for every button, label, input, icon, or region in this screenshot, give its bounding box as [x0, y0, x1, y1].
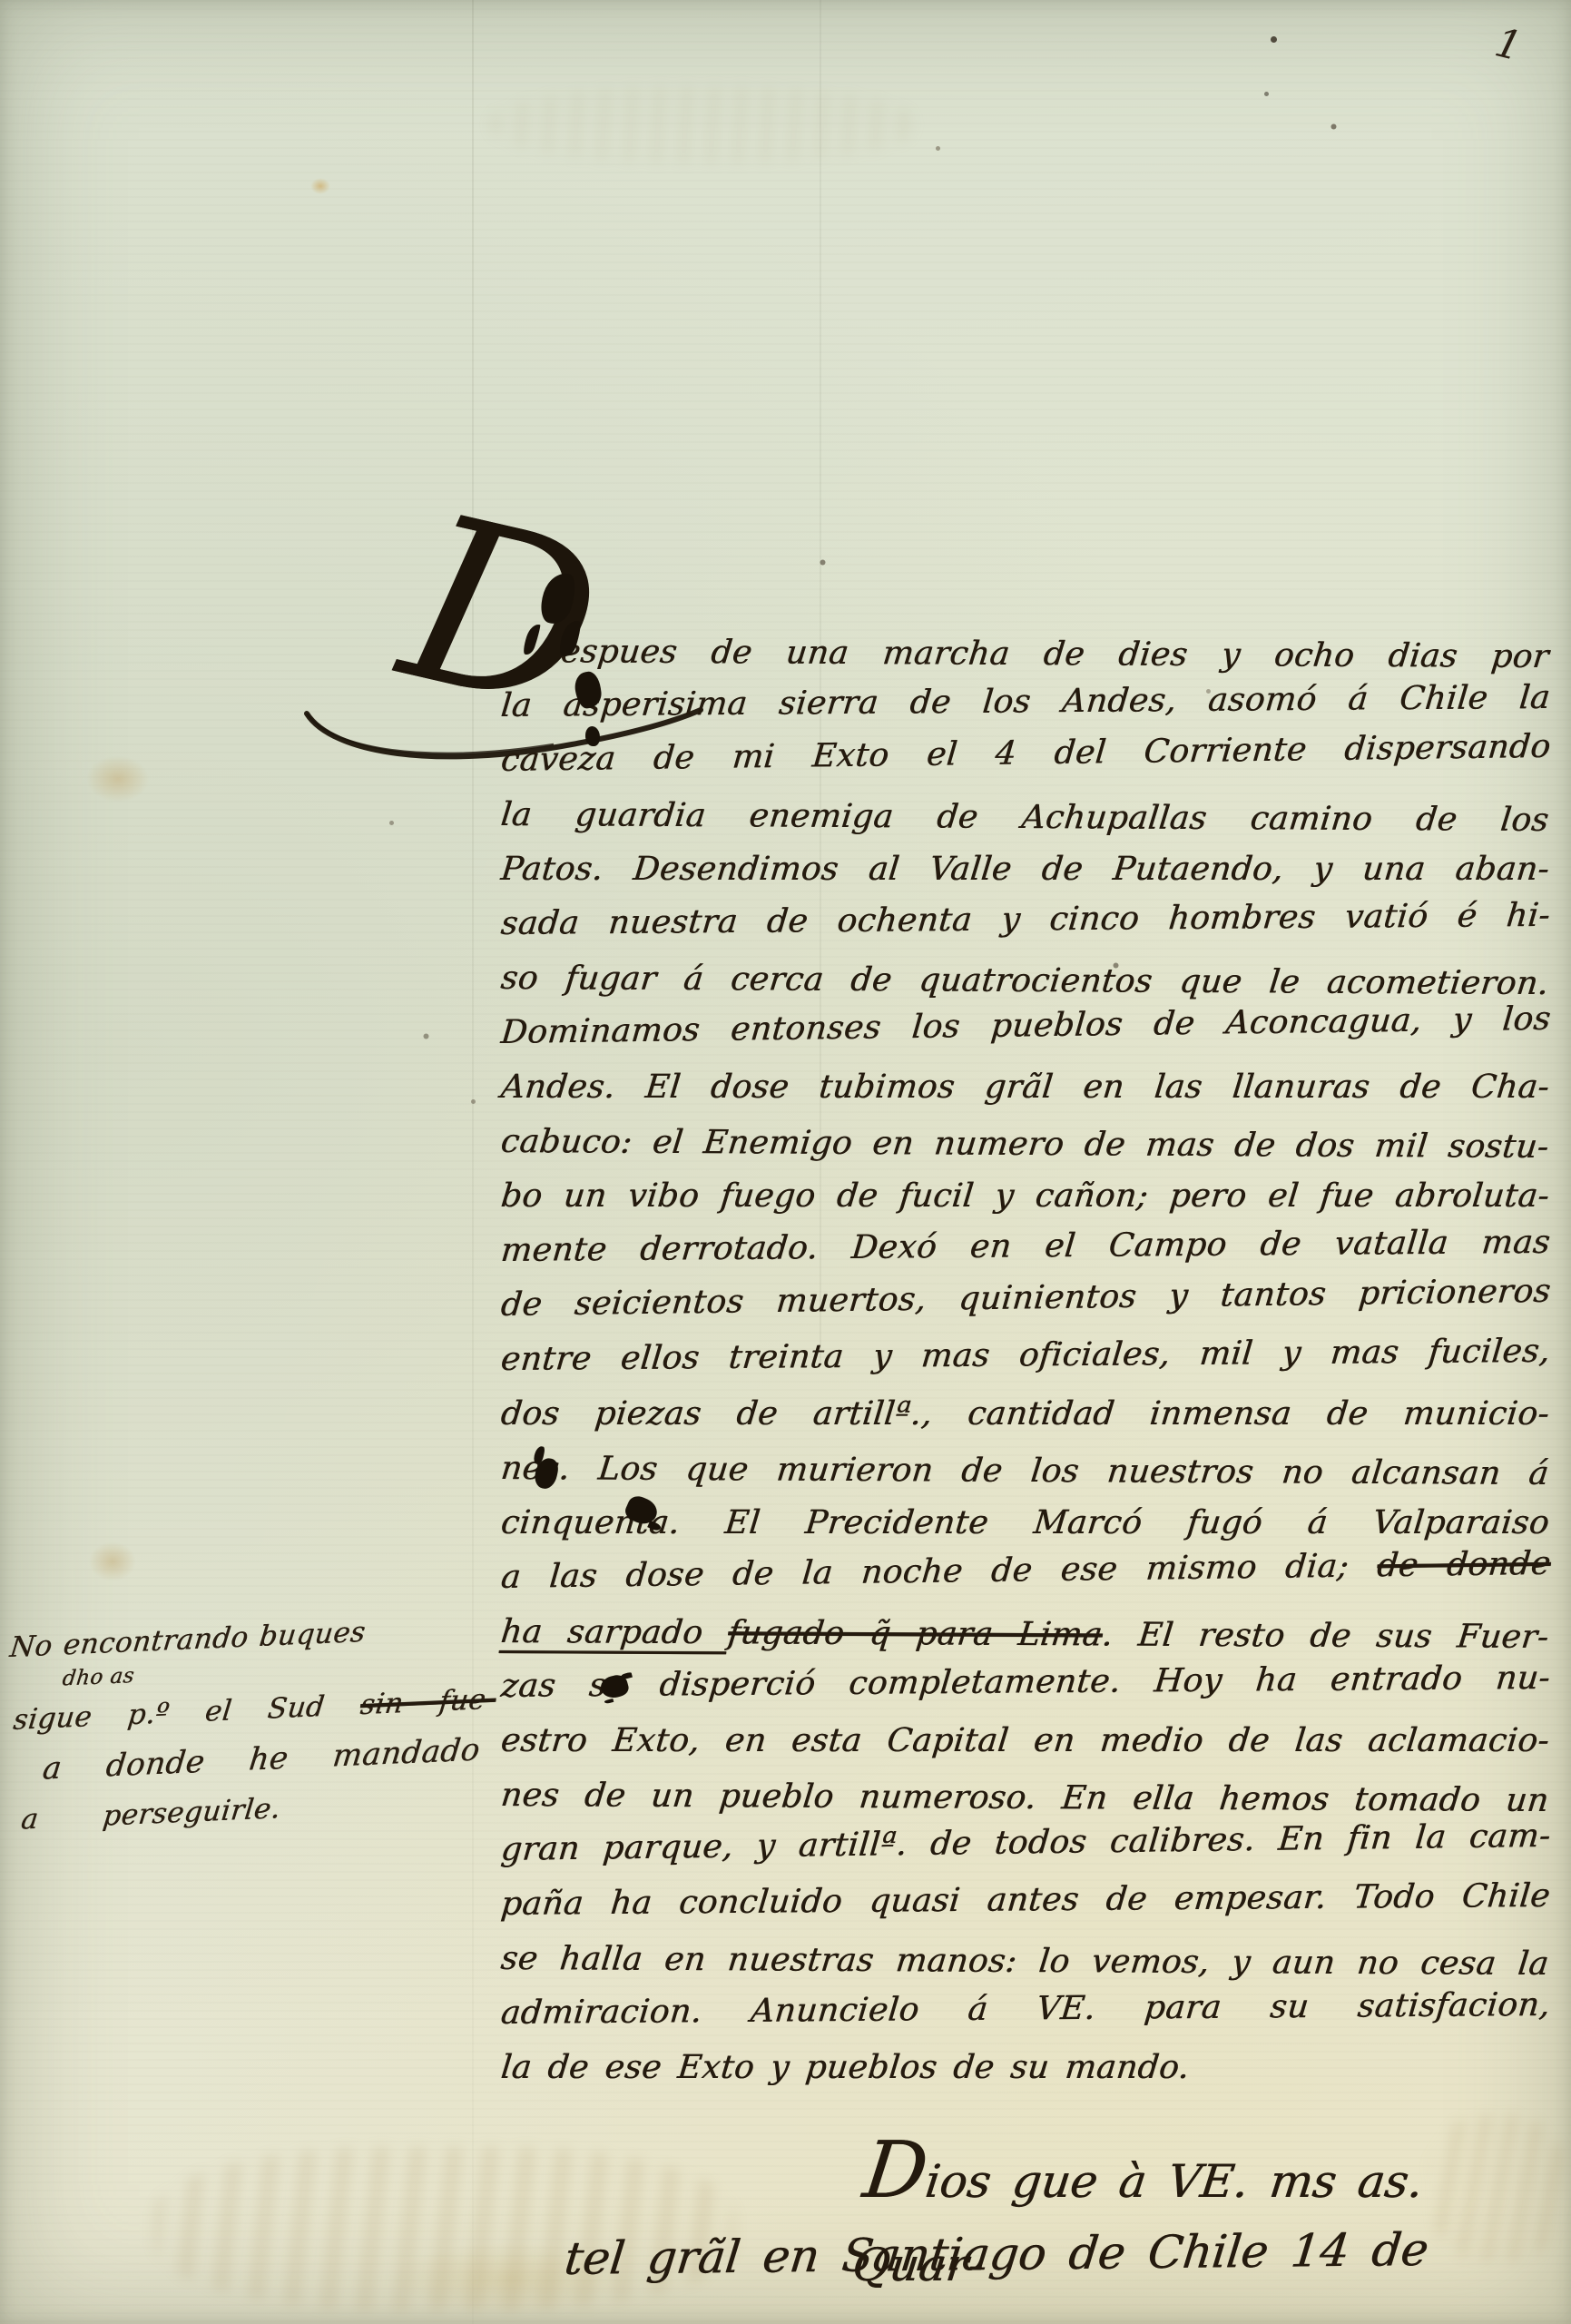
- text-line: tel grãl en Santiago de Chile 14 de: [560, 2208, 1433, 2305]
- text-segment: a las dose de la noche de ese mismo dia;: [499, 1547, 1379, 1596]
- text-segment: caveza de mi Exto el 4 del Corriente dis…: [499, 728, 1552, 779]
- text-segment: bo un vibo fuego de fucil y cañon; pero …: [499, 1177, 1551, 1215]
- text-line: la de ese Exto y pueblos de su mando.: [498, 2041, 1552, 2095]
- text-line: paña ha concluido quasi antes de empesar…: [498, 1869, 1553, 1932]
- text-segment: admiracion. Anuncielo á VE. para su sati…: [499, 1986, 1552, 2032]
- folio-number: 1: [1490, 19, 1527, 70]
- text-segment: Dominamos entonses los pueblos de Aconca…: [499, 1000, 1552, 1051]
- text-line: bo un vibo fuego de fucil y cañon; pero …: [498, 1169, 1552, 1224]
- text-segment-strike: fugado q̃ para Lima: [726, 1614, 1105, 1653]
- text-line: dos piezas de artillª., cantidad inmensa…: [498, 1387, 1552, 1442]
- letter-closing: Dios gue à VE. ms as. Quar-tel grãl en S…: [501, 2129, 1554, 2305]
- text-segment: a perseguirle.: [19, 1792, 282, 1837]
- text-segment: Patos. Desendimos al Valle de Putaendo, …: [499, 851, 1551, 888]
- text-line: Andes. El dose tubimos grãl en las llanu…: [498, 1060, 1552, 1115]
- text-segment: gran parque, y artillª. de todos calibre…: [499, 1817, 1552, 1868]
- text-segment: cinquenta. El Precidente Marcó fugó á Va…: [499, 1504, 1551, 1541]
- text-segment: dho as: [61, 1664, 135, 1691]
- paper-crease: [472, 0, 474, 2324]
- text-segment: la asperisima sierra de los Andes, asomó…: [499, 679, 1552, 724]
- letter-body: espues de una marcha de dies y ocho dias…: [501, 625, 1549, 2095]
- text-line: sada nuestra de ochenta y cinco hombres …: [498, 889, 1553, 951]
- text-segment: estro Exto, en esta Capital en medio de …: [499, 1722, 1551, 1759]
- text-segment: la de ese Exto y pueblos de su mando.: [499, 2049, 1192, 2086]
- text-segment: mente derrotado. Dexó en el Campo de vat…: [499, 1224, 1552, 1269]
- text-segment: . El resto de sus Fuer-: [1100, 1616, 1550, 1656]
- text-segment: Andes. El dose tubimos grãl en las llanu…: [499, 1068, 1551, 1106]
- text-segment: cabuco: el Enemigo en numero de mas de d…: [499, 1123, 1551, 1166]
- text-segment: sigue p.º el Sud: [12, 1689, 363, 1737]
- ink-bleedthrough: [490, 86, 917, 163]
- text-segment-underline: ha sarpado: [499, 1613, 731, 1651]
- text-line: Dios gue à VE. ms as. Quar-: [859, 2129, 1543, 2217]
- manuscript-page: 1 D espues de una marcha de dies y ocho …: [0, 0, 1571, 2324]
- text-line: estro Exto, en esta Capital en medio de …: [498, 1714, 1552, 1768]
- paper-stain: [86, 755, 150, 803]
- text-segment-strike: sin fue-: [358, 1683, 497, 1722]
- text-line: admiracion. Anuncielo á VE. para su sati…: [498, 1978, 1553, 2041]
- text-segment: espues de una marcha de dies y ocho dias…: [559, 633, 1551, 675]
- text-line: nes. Los que murieron de los nuestros no…: [498, 1442, 1552, 1502]
- text-line: entre ellos treinta y mas oficiales, mil…: [498, 1324, 1553, 1387]
- text-segment: se halla en nuestras manos: lo vemos, y …: [499, 1940, 1551, 1983]
- text-segment: la guardia enemiga de Achupallas camino …: [499, 796, 1551, 839]
- text-segment: sada nuestra de ochenta y cinco hombres …: [499, 897, 1552, 942]
- text-segment: paña ha concluido quasi antes de empesar…: [499, 1877, 1552, 1923]
- text-segment: nes. Los que murieron de los nuestros no…: [499, 1450, 1551, 1492]
- text-segment: No encontrando buques: [8, 1616, 368, 1664]
- text-line: No encontrando buques: [7, 1612, 368, 1668]
- paper-stain: [89, 1541, 136, 1581]
- paper-stain: [310, 178, 330, 194]
- text-segment: dos piezas de artillª., cantidad inmensa…: [499, 1395, 1551, 1433]
- text-line: cabuco: el Enemigo en numero de mas de d…: [498, 1115, 1552, 1175]
- text-line: la guardia enemiga de Achupallas camino …: [498, 788, 1552, 848]
- text-line: zas se disperció completamente. Hoy ha e…: [498, 1651, 1553, 1714]
- text-segment-strike: de donde: [1376, 1545, 1553, 1584]
- text-segment: de seicientos muertos, quinientos y tant…: [499, 1273, 1552, 1324]
- text-segment: entre ellos treinta y mas oficiales, mil…: [499, 1333, 1552, 1378]
- text-segment: zas se disperció completamente. Hoy ha e…: [499, 1659, 1552, 1705]
- margin-note: No encontrando buquesdho assigue p.º el …: [9, 1606, 526, 1844]
- text-line: Patos. Desendimos al Valle de Putaendo, …: [498, 842, 1552, 897]
- text-segment: tel grãl en Santiago de Chile 14 de: [562, 2223, 1431, 2285]
- paper-specks: [0, 0, 3, 3]
